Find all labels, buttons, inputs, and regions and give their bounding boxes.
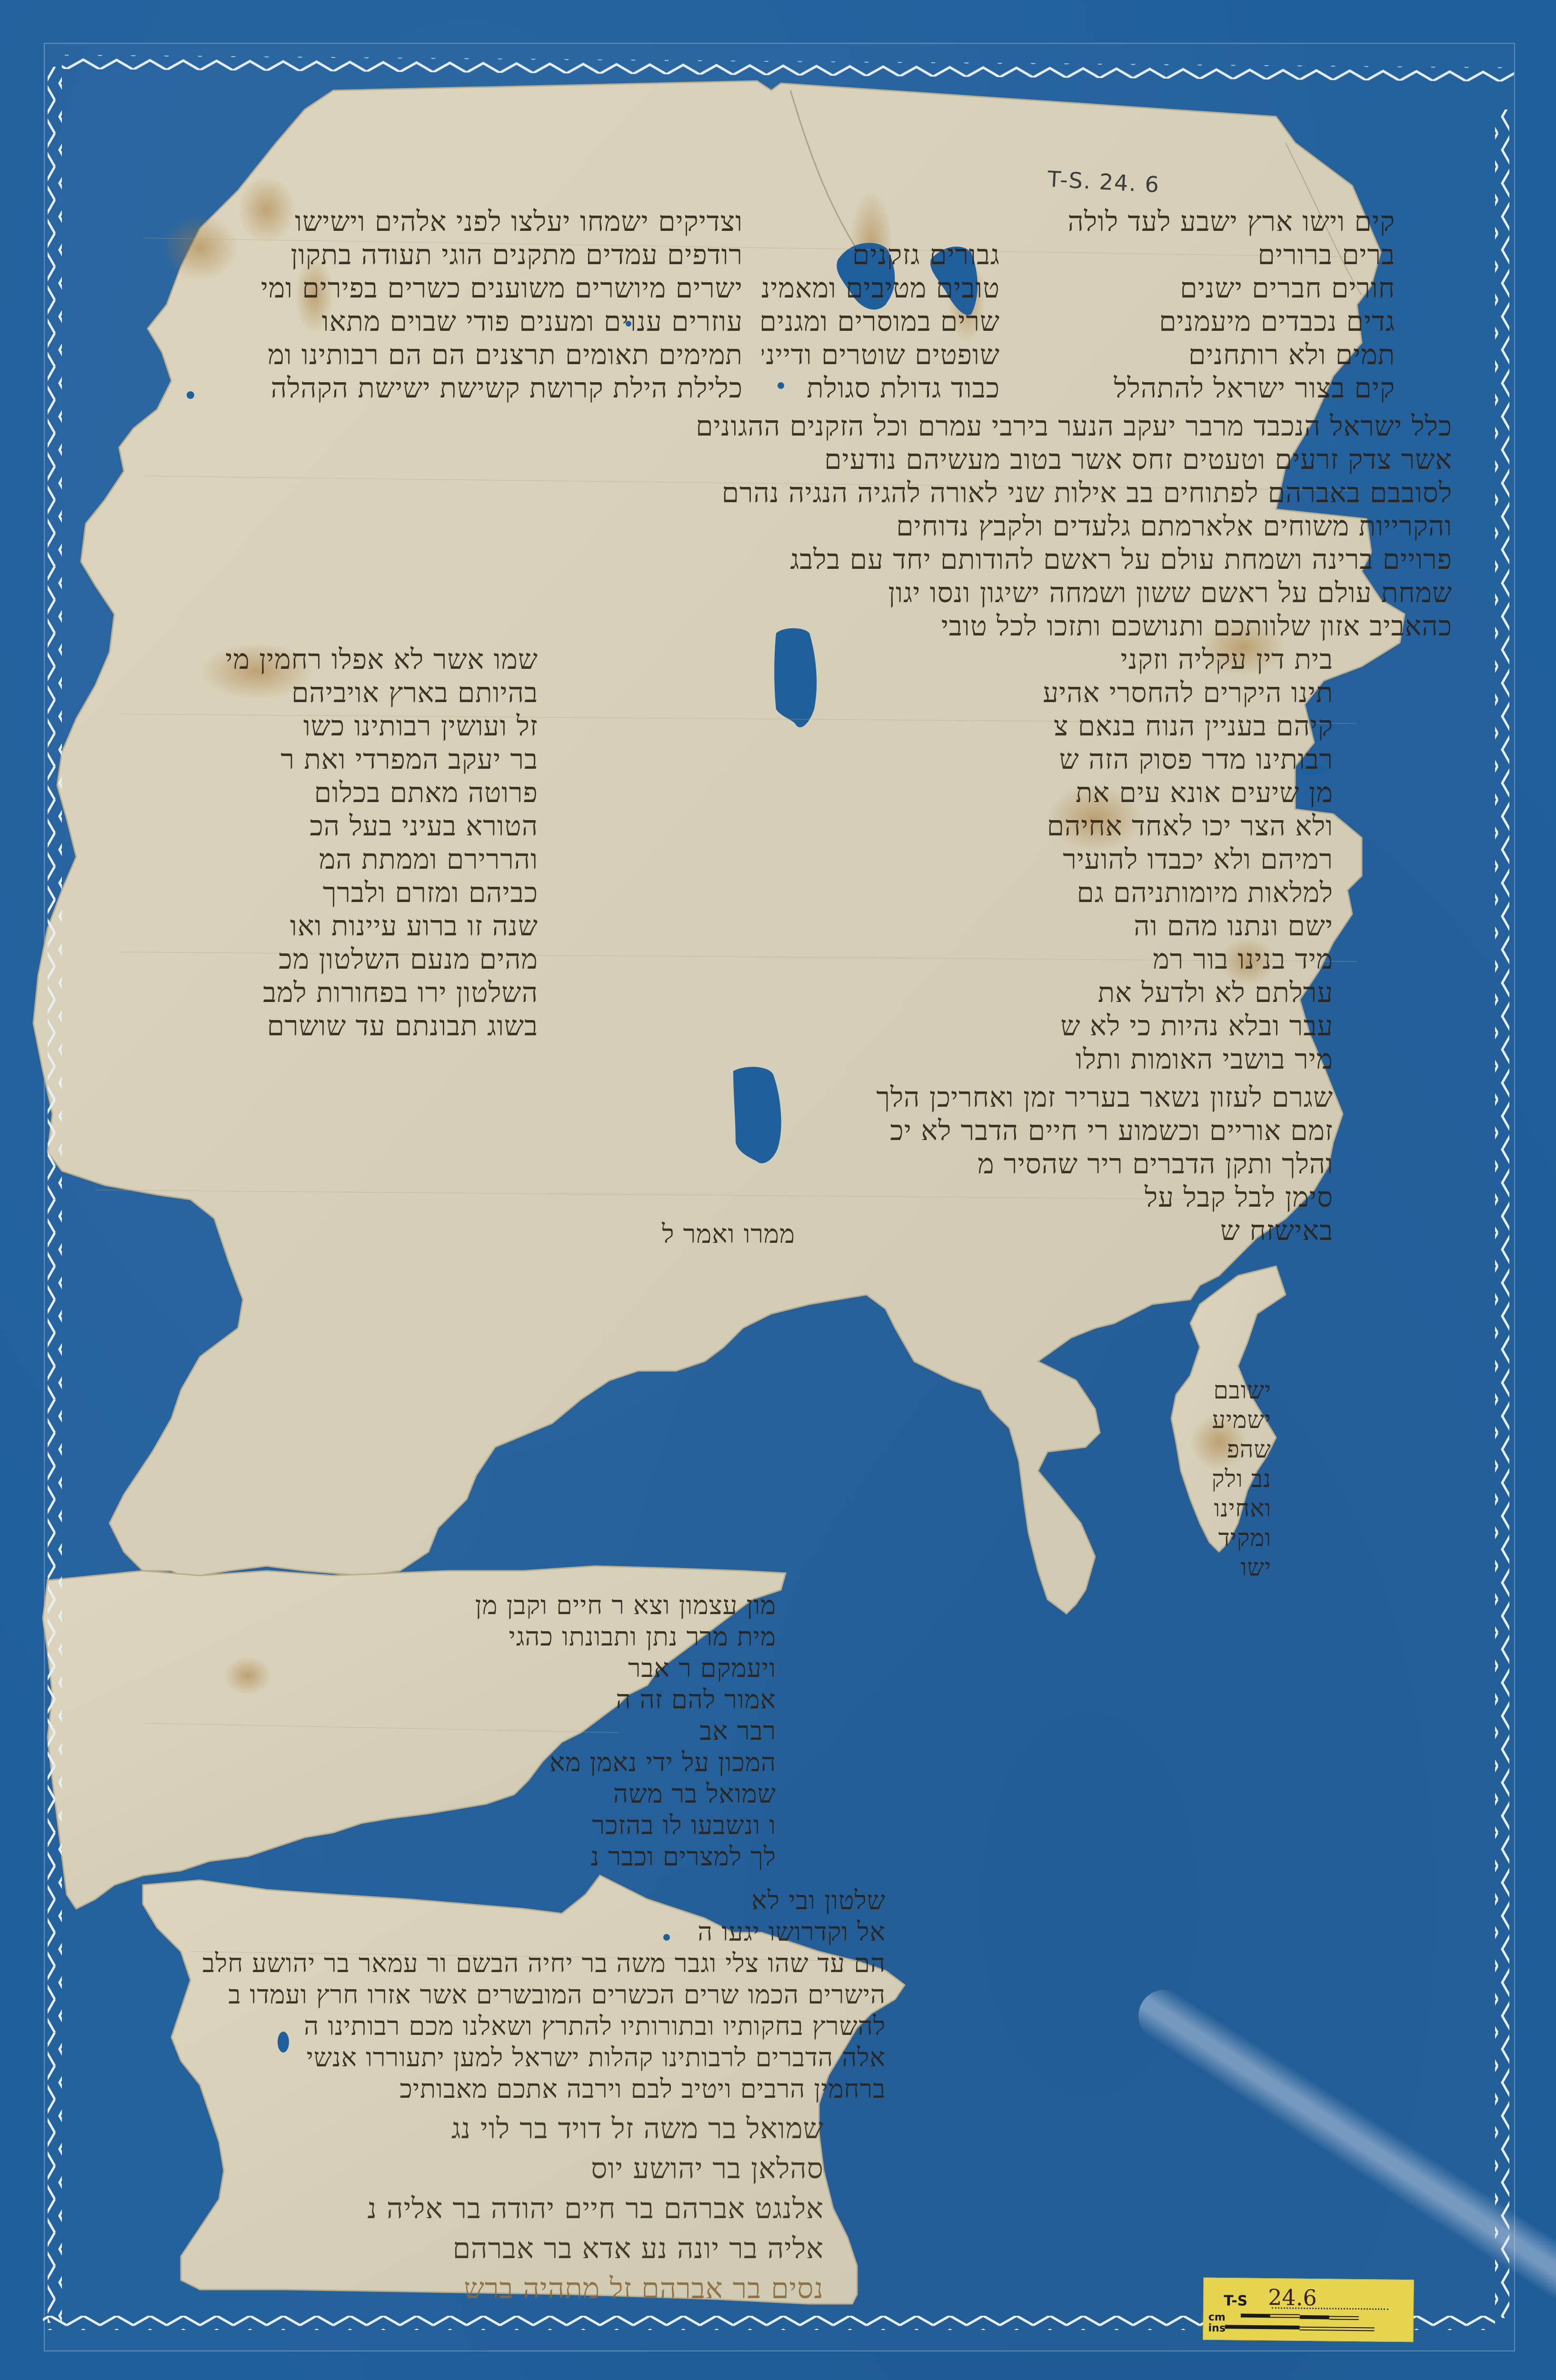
text-line: מון עצמון וצא ר חיים וקבן מן [86, 1590, 776, 1621]
label-prefix: T-S [1224, 2292, 1247, 2310]
text-line: אל וקדרושו יגעו ה [124, 1916, 886, 1948]
text-line: פרוטה מאתם בכלום [110, 776, 538, 809]
text-line: והלך ותקן הדברים ריר שהסיר מ [524, 1147, 1333, 1180]
text-line: שגרם לעזון נשאר בעריר זמן ואחריכן הלך [524, 1081, 1333, 1114]
text-line: המכון על ידי נאמן מא [86, 1747, 776, 1778]
text-body-center: בית דין עקליה וזקני תינו היקרים להחסרי א… [548, 643, 1333, 1076]
signature-line: אליה בר יונה נע אדא בר אברהם [157, 2229, 824, 2269]
shelfmark-label: T-S 24.6 cm ins [1203, 2278, 1414, 2342]
text-line: רבר אב [86, 1716, 776, 1747]
text-line: ומקיד [1176, 1523, 1271, 1553]
text-column-right: קים וישו ארץ ישבע לעד לולה ברים ברורים ח… [976, 205, 1395, 405]
text-line: להשרץ בחקותיו ובתורותיו להתרץ ושאלנו מכם… [124, 2011, 886, 2042]
text-line: ברחמין הרבים ויטיב לבם וירבה אתכם מאבותי… [124, 2073, 886, 2105]
text-line: והקרייות משוחים אלארמתם גלעדים ולקבץ נדו… [95, 509, 1452, 543]
text-line: אשר צדק זרעים וטעטים זחס אשר בטוב מעשיהם… [95, 443, 1452, 476]
text-line: ברים ברורים [976, 238, 1395, 271]
text-line: זמם אוריים וכשמוע רי חיים הדבר לא יכ [524, 1114, 1333, 1147]
text-line: סימן לבל קבל על [524, 1180, 1333, 1214]
text-line: בר יעקב המפרדי ואת ר [110, 743, 538, 776]
text-line: גדים נכבדים מיעמנים [976, 305, 1395, 338]
text-line: גבורים גזקנים [762, 238, 1000, 271]
text-line: תמימים תאומים תרצנים הם הם רבותינו ומ [157, 338, 743, 371]
text-line: נב ולק [1176, 1464, 1271, 1494]
scale-bar-ins [1225, 2325, 1300, 2330]
text-line: חורים חברים ישנים [976, 271, 1395, 305]
text-line: עוזרים ענוים ומענים פודי שבוים מתאו [157, 305, 743, 338]
text-line: כבוד גדולת סגולת [762, 371, 1000, 405]
text-line: ואחינו [1176, 1494, 1271, 1523]
text-line: ולא הצר יכו לאחד אחיהם [548, 809, 1333, 843]
text-line: מהים מנעם השלטון מכ [110, 942, 538, 976]
text-line: ישמיע [1176, 1405, 1271, 1435]
text-line: שופטים שוטרים ודיינים [762, 338, 1000, 371]
text-line: מן שיעים אונא עים את [548, 776, 1333, 809]
text-line: שמו אשר לא אפלו רחמין מי [110, 643, 538, 676]
text-line: הם עד שהו צלי וגבר משה בר יחיה הבשם ור ע… [124, 1948, 886, 1979]
text-line: לסובבם באברהם לפתוחים בב אילות שני לאורה… [95, 476, 1452, 509]
text-line: כלל ישראל הנכבד מרבר יעקב הנער בירבי עמר… [95, 409, 1452, 443]
text-line: טובים מטיבים ומאמינים [762, 271, 1000, 305]
text-line: מית מרר נתן ותבונתו כהגי [86, 1621, 776, 1653]
scale-bar-cm [1300, 2315, 1329, 2320]
text-line: שהפ [1176, 1435, 1271, 1464]
text-line: לך למצרים וכבר נ [86, 1841, 776, 1873]
text-line: ישובם [1176, 1376, 1271, 1405]
text-line: שנה זו ברוע עיינות ואו [110, 909, 538, 942]
text-body-bottom: שלטון ובי לא אל וקדרושו יגעו ה הם עד שהו… [124, 1885, 886, 2105]
scale-ins-label: ins [1208, 2322, 1226, 2334]
text-column-left: וצדיקים ישמחו יעלצו לפני אלהים וישישו רו… [157, 205, 743, 405]
text-line: שרים במוסרים ומגנים [762, 305, 1000, 338]
text-line: עבר ובלא נהיות כי לא ש [548, 1009, 1333, 1042]
text-body-main: כלל ישראל הנכבד מרבר יעקב הנער בירבי עמר… [95, 409, 1452, 643]
text-line: כהאביב אזון שלוותכם ותנושכם ותזכו לכל טו… [95, 609, 1452, 643]
text-line: למלאות מיומותניהם גם [548, 876, 1333, 909]
text-column-middle: גבורים גזקנים טובים מטיבים ומאמינים שרים… [762, 238, 1000, 405]
text-line: הטורא בעיני בעל הכ [110, 809, 538, 843]
text-line: שמחת עולם על ראשם ששון ושמחה ישיגון ונסו… [95, 576, 1452, 609]
text-line: מיד בנינו בור רמ [548, 942, 1333, 976]
text-line: זל ועושין רבותינו כשו [110, 709, 538, 743]
text-line: בית דין עקליה וזקני [548, 643, 1333, 676]
label-number: 24.6 [1268, 2284, 1317, 2311]
text-body-lower-2: מון עצמון וצא ר חיים וקבן מן מית מרר נתן… [86, 1590, 776, 1873]
text-line: תינו היקרים להחסרי אהיע [548, 676, 1333, 709]
text-line: שלטון ובי לא [124, 1885, 886, 1916]
text-line: שמואל בר משה [86, 1778, 776, 1810]
text-body-lower: ממרו ואמר ל [105, 1219, 795, 1250]
text-line: מיר בושבי האומות ותלו [548, 1042, 1333, 1076]
text-line: וצדיקים ישמחו יעלצו לפני אלהים וישישו [157, 205, 743, 238]
text-line: רודפים עמדים מתקנים הוגי תעודה בתקון [157, 238, 743, 271]
text-line: אלה הדברים לרבותינו קהלות ישראל למען יתע… [124, 2042, 886, 2073]
signature-line: סהלאן בר יהושע יוס [157, 2149, 824, 2189]
text-line: רבותינו מדר פסוק הזה ש [548, 743, 1333, 776]
text-line: הישרים הכמו שרים הכשרים המובשרים אשר אזר… [124, 1979, 886, 2011]
text-line: ערלתם לא ולדעל את [548, 976, 1333, 1009]
text-line: קים בצור ישראל להתהלל [976, 371, 1395, 405]
text-line: תמים ולא רותחנים [976, 338, 1395, 371]
text-line: רמיהם ולא יכבדו להועיר [548, 843, 1333, 876]
text-line: בהיותם בארץ אויביהם [110, 676, 538, 709]
signature-line: אלנגט אברהם בר חיים יהודה בר אליה נ [157, 2189, 824, 2229]
signatures-block: שמואל בר משה זל דויד בר לוי נג סהלאן בר … [157, 2109, 824, 2309]
signature-line: שמואל בר משה זל דויד בר לוי נג [157, 2109, 824, 2149]
text-line: ויעמקם ר אבר [86, 1653, 776, 1684]
signature-line: נסים בר אברהם זל מתהיה ברש [157, 2269, 824, 2309]
text-right-tongue: ישובם ישמיע שהפ נב ולק ואחינו ומקיד ישו [1176, 1376, 1271, 1582]
text-line: פרויים ברינה ושמחת עולם על ראשם להודותם … [95, 543, 1452, 576]
text-line: ו ונשבעו לו בהזכר [86, 1810, 776, 1841]
text-line: השלטון ירו בפחורות למב [110, 976, 538, 1009]
text-line: קיהם בעניין הנוח בנאם צ [548, 709, 1333, 743]
scale-bar-cm [1241, 2314, 1270, 2318]
text-body-left-column: שמו אשר לא אפלו רחמין מי בהיותם בארץ אוי… [110, 643, 538, 1042]
scale-bar-ins [1300, 2327, 1375, 2331]
text-line: ממרו ואמר ל [105, 1219, 795, 1250]
text-line: והררירם וממתת המ [110, 843, 538, 876]
text-line: כביהם ומזרם ולברך [110, 876, 538, 909]
text-line: בשוג תבונתם עד שושרם [110, 1009, 538, 1042]
text-line: כלילת הילת קרושת קשישת ישישת הקהלה [157, 371, 743, 405]
scale-bar-cm [1329, 2316, 1359, 2320]
text-line: ישם ונתנו מהם וה [548, 909, 1333, 942]
text-line: ישרים מיושרים משוענים כשרים בפירים ומי [157, 271, 743, 305]
text-line: אמור להם זה ה [86, 1684, 776, 1716]
scale-cm-label: cm [1208, 2311, 1226, 2323]
text-line: קים וישו ארץ ישבע לעד לולה [976, 205, 1395, 238]
text-line: ישו [1176, 1553, 1271, 1582]
scale-bar-cm [1270, 2314, 1300, 2318]
